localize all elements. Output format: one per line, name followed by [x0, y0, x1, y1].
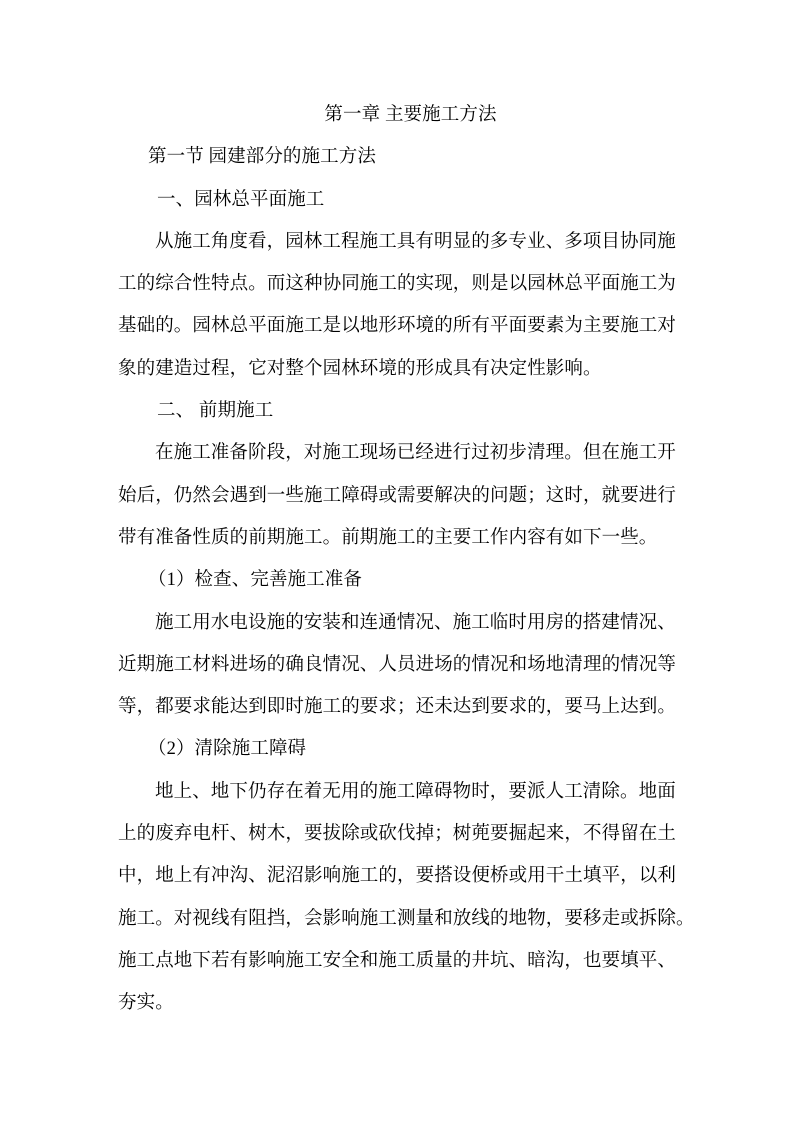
text-line: 中，地上有冲沟、泥沼影响施工的，要搭设便桥或用干土填平，以利	[118, 855, 675, 897]
text-line: 在施工准备阶段，对施工现场已经进行过初步清理。但在施工开	[118, 432, 675, 474]
text-line: 一、园林总平面施工	[118, 179, 675, 221]
paragraphs-container: 第一节 园建部分的施工方法一、园林总平面施工从施工角度看，园林工程施工具有明显的…	[118, 136, 675, 1024]
text-line: 近期施工材料进场的确良情况、人员进场的情况和场地清理的情况等	[118, 644, 675, 686]
text-line: 始后，仍然会遇到一些施工障碍或需要解决的问题；这时，就要进行	[118, 475, 675, 517]
text-line: 施工。对视线有阻挡，会影响施工测量和放线的地物，要移走或拆除。	[118, 898, 675, 940]
page-content: 第一章 主要施工方法 第一节 园建部分的施工方法一、园林总平面施工从施工角度看，…	[118, 94, 675, 1025]
text-line: 施工用水电设施的安装和连通情况、施工临时用房的搭建情况、	[118, 602, 675, 644]
text-line: 带有准备性质的前期施工。前期施工的主要工作内容有如下一些。	[118, 517, 675, 559]
text-line: 第一节 园建部分的施工方法	[118, 136, 675, 178]
text-line: 基础的。园林总平面施工是以地形环境的所有平面要素为主要施工对	[118, 305, 675, 347]
text-line: （2）清除施工障碍	[118, 728, 675, 770]
text-line: 工的综合性特点。而这种协同施工的实现，则是以园林总平面施工为	[118, 263, 675, 305]
text-line: 施工点地下若有影响施工安全和施工质量的井坑、暗沟，也要填平、	[118, 940, 675, 982]
text-line: 夯实。	[118, 982, 675, 1024]
text-line: 等，都要求能达到即时施工的要求；还未达到要求的，要马上达到。	[118, 686, 675, 728]
text-line: 从施工角度看，园林工程施工具有明显的多专业、多项目协同施	[118, 221, 675, 263]
text-line: 地上、地下仍存在着无用的施工障碍物时，要派人工清除。地面	[118, 771, 675, 813]
text-line: 象的建造过程，它对整个园林环境的形成具有决定性影响。	[118, 348, 675, 390]
document-page: 第一章 主要施工方法 第一节 园建部分的施工方法一、园林总平面施工从施工角度看，…	[0, 0, 793, 1122]
text-line: （1）检查、完善施工准备	[118, 559, 675, 601]
text-line: 上的废弃电杆、树木，要拔除或砍伐掉；树蔸要掘起来，不得留在土	[118, 813, 675, 855]
chapter-title: 第一章 主要施工方法	[132, 94, 689, 136]
text-line: 二、 前期施工	[118, 390, 675, 432]
